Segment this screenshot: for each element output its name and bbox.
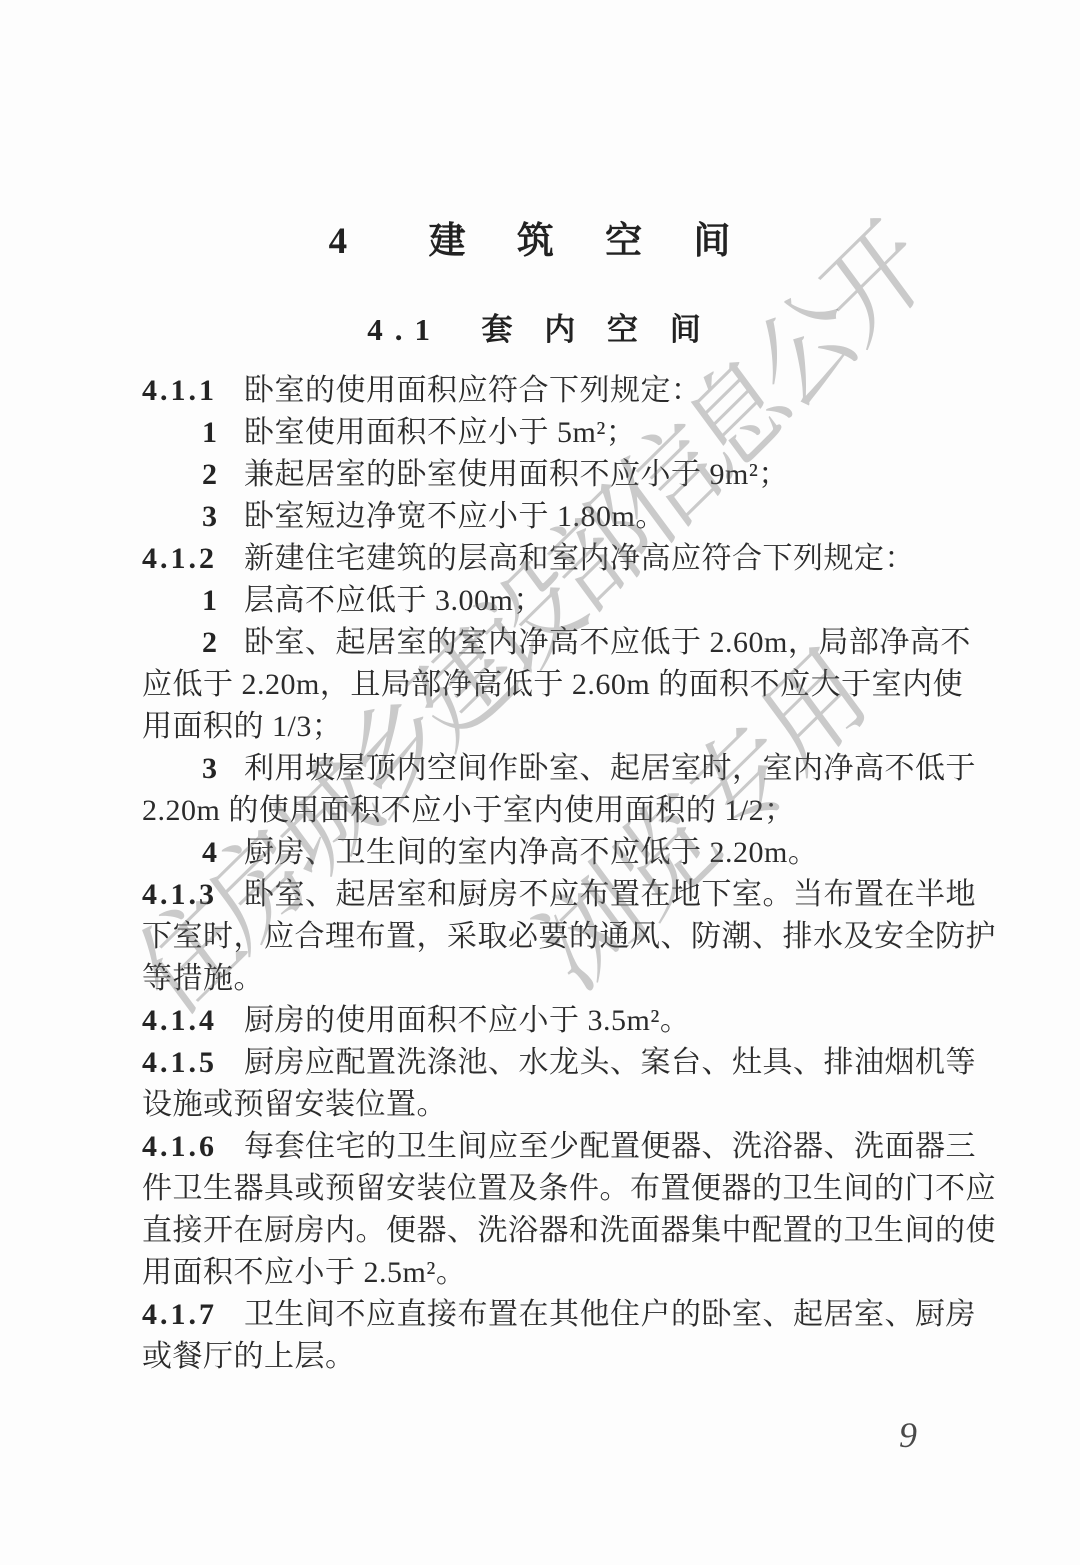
line-text: 利用坡屋顶内空间作卧室、起居室时，室内净高不低于 <box>244 752 976 785</box>
page-number: 9 <box>878 1410 938 1460</box>
item-number: 3 <box>202 748 244 790</box>
item-line: 1卧室使用面积不应小于 5m²； <box>142 412 942 454</box>
clause-line: 4.1.3卧室、起居室和厨房不应布置在地下室。当布置在半地 <box>142 874 942 916</box>
continuation-line: 件卫生器具或预留安装位置及条件。布置便器的卫生间的门不应 <box>142 1168 942 1210</box>
line-text: 件卫生器具或预留安装位置及条件。布置便器的卫生间的门不应 <box>142 1172 996 1205</box>
continuation-line: 2.20m 的使用面积不应小于室内使用面积的 1/2； <box>142 790 942 832</box>
item-line: 1层高不应低于 3.00m； <box>142 580 942 622</box>
line-text: 卧室使用面积不应小于 5m²； <box>244 416 636 449</box>
line-text: 卧室短边净宽不应小于 1.80m。 <box>244 500 666 533</box>
item-line: 2卧室、起居室的室内净高不应低于 2.60m，局部净高不 <box>142 622 942 664</box>
line-text: 卧室、起居室和厨房不应布置在地下室。当布置在半地 <box>244 878 976 911</box>
item-number: 3 <box>202 496 244 538</box>
continuation-line: 设施或预留安装位置。 <box>142 1084 942 1126</box>
clause-line: 4.1.2新建住宅建筑的层高和室内净高应符合下列规定： <box>142 538 942 580</box>
section-title: 4.1 套 内 空 间 <box>0 309 1080 351</box>
line-text: 厨房、卫生间的室内净高不应低于 2.20m。 <box>244 836 818 869</box>
line-text: 直接开在厨房内。便器、洗浴器和洗面器集中配置的卫生间的使 <box>142 1214 996 1247</box>
document-page: 住房城乡建设部信息公开 浏览专用 4 建 筑 空 间 4.1 套 内 空 间 4… <box>0 0 1080 1565</box>
clause-number: 4.1.7 <box>142 1294 244 1336</box>
line-text: 等措施。 <box>142 962 264 995</box>
continuation-line: 下室时，应合理布置，采取必要的通风、防潮、排水及安全防护 <box>142 916 942 958</box>
line-text: 下室时，应合理布置，采取必要的通风、防潮、排水及安全防护 <box>142 920 996 953</box>
line-text: 卫生间不应直接布置在其他住户的卧室、起居室、厨房 <box>244 1298 976 1331</box>
continuation-line: 直接开在厨房内。便器、洗浴器和洗面器集中配置的卫生间的使 <box>142 1210 942 1252</box>
line-text: 厨房的使用面积不应小于 3.5m²。 <box>244 1004 690 1037</box>
clause-line: 4.1.5厨房应配置洗涤池、水龙头、案台、灶具、排油烟机等 <box>142 1042 942 1084</box>
item-line: 2兼起居室的卧室使用面积不应小于 9m²； <box>142 454 942 496</box>
item-number: 2 <box>202 622 244 664</box>
continuation-line: 用面积的 1/3； <box>142 706 942 748</box>
item-number: 4 <box>202 832 244 874</box>
line-text: 兼起居室的卧室使用面积不应小于 9m²； <box>244 458 789 491</box>
clause-number: 4.1.3 <box>142 874 244 916</box>
clause-line: 4.1.7卫生间不应直接布置在其他住户的卧室、起居室、厨房 <box>142 1294 942 1336</box>
continuation-line: 应低于 2.20m，且局部净高低于 2.60m 的面积不应大于室内使 <box>142 664 942 706</box>
chapter-title: 4 建 筑 空 间 <box>0 219 1080 265</box>
line-text: 卧室、起居室的室内净高不应低于 2.60m，局部净高不 <box>244 626 971 659</box>
continuation-line: 用面积不应小于 2.5m²。 <box>142 1252 942 1294</box>
clause-number: 4.1.1 <box>142 370 244 412</box>
line-text: 厨房应配置洗涤池、水龙头、案台、灶具、排油烟机等 <box>244 1046 976 1079</box>
line-text: 设施或预留安装位置。 <box>142 1088 447 1121</box>
line-text: 应低于 2.20m，且局部净高低于 2.60m 的面积不应大于室内使 <box>142 668 963 701</box>
line-text: 用面积的 1/3； <box>142 710 342 743</box>
line-text: 2.20m 的使用面积不应小于室内使用面积的 1/2； <box>142 794 795 827</box>
clause-number: 4.1.2 <box>142 538 244 580</box>
line-text: 新建住宅建筑的层高和室内净高应符合下列规定： <box>244 542 915 575</box>
line-text: 或餐厅的上层。 <box>142 1340 356 1373</box>
line-text: 层高不应低于 3.00m； <box>244 584 544 617</box>
clause-number: 4.1.5 <box>142 1042 244 1084</box>
item-number: 1 <box>202 580 244 622</box>
clause-line: 4.1.6每套住宅的卫生间应至少配置便器、洗浴器、洗面器三 <box>142 1126 942 1168</box>
item-number: 1 <box>202 412 244 454</box>
body-lines: 4.1.1卧室的使用面积应符合下列规定：1卧室使用面积不应小于 5m²；2兼起居… <box>142 370 942 1378</box>
clause-line: 4.1.4厨房的使用面积不应小于 3.5m²。 <box>142 1000 942 1042</box>
item-line: 4厨房、卫生间的室内净高不应低于 2.20m。 <box>142 832 942 874</box>
clause-number: 4.1.6 <box>142 1126 244 1168</box>
item-line: 3卧室短边净宽不应小于 1.80m。 <box>142 496 942 538</box>
clause-line: 4.1.1卧室的使用面积应符合下列规定： <box>142 370 942 412</box>
clause-number: 4.1.4 <box>142 1000 244 1042</box>
item-line: 3利用坡屋顶内空间作卧室、起居室时，室内净高不低于 <box>142 748 942 790</box>
continuation-line: 等措施。 <box>142 958 942 1000</box>
line-text: 卧室的使用面积应符合下列规定： <box>244 374 702 407</box>
line-text: 每套住宅的卫生间应至少配置便器、洗浴器、洗面器三 <box>244 1130 976 1163</box>
item-number: 2 <box>202 454 244 496</box>
line-text: 用面积不应小于 2.5m²。 <box>142 1256 466 1289</box>
continuation-line: 或餐厅的上层。 <box>142 1336 942 1378</box>
